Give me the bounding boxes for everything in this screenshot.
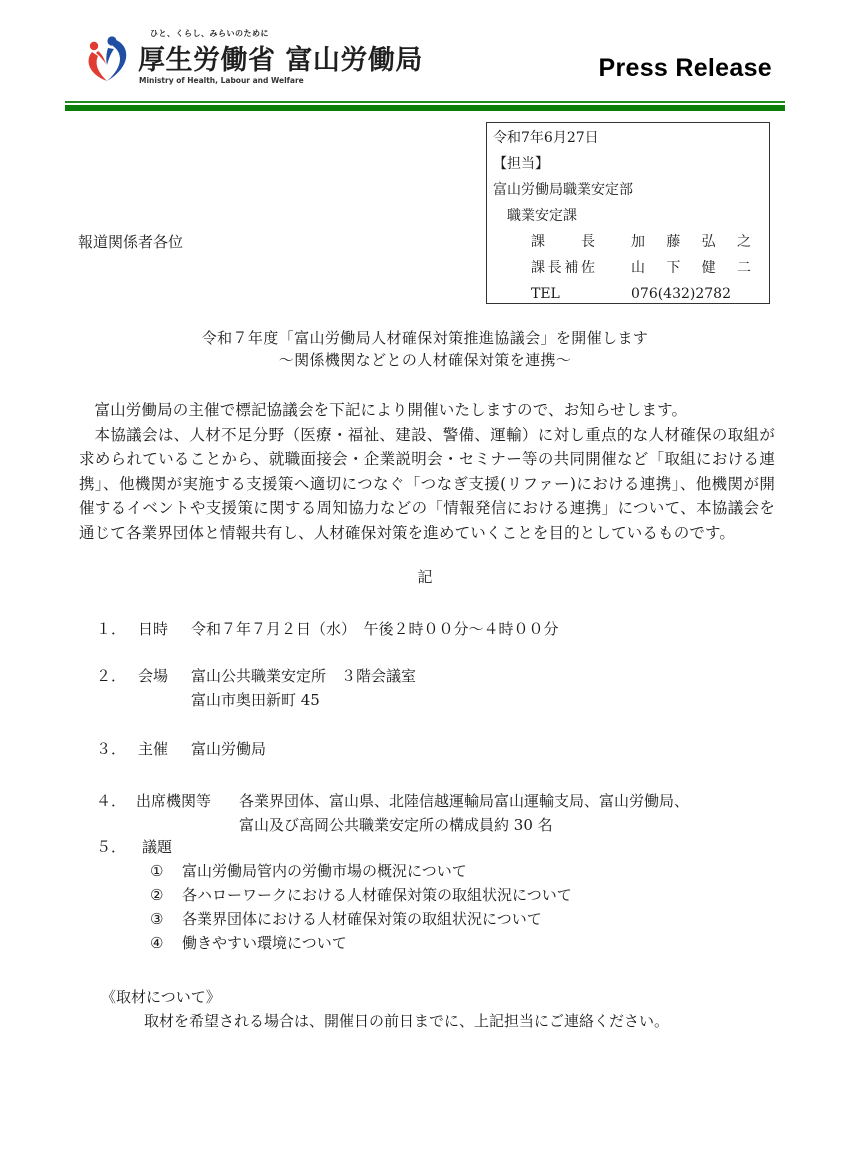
contact-staff-row: 課長 加藤弘之 xyxy=(493,229,769,255)
ki-label: 記 xyxy=(0,566,850,587)
item-venue: ２． 会場 富山公共職業安定所 ３階会議室 富山市奥田新町 45 xyxy=(96,664,796,712)
item-value-address: 富山市奥田新町 45 xyxy=(191,688,320,712)
item-label: 日時 xyxy=(138,617,168,641)
contact-tel-row: TEL 076(432)2782 xyxy=(493,281,769,307)
logo-title: 厚生労働省 富山労働局 xyxy=(138,38,423,77)
item-value: 各業界団体、富山県、北陸信越運輸局富山運輸支局、富山労働局、 xyxy=(239,789,689,813)
item-agenda: ５． 議題 xyxy=(96,835,796,859)
item-number: ３． xyxy=(96,737,126,761)
title-main: 令和７年度「富山労働局人材確保対策推進協議会」を開催します xyxy=(0,327,850,349)
coverage-text: 取材を希望される場合は、開催日の前日までに、上記担当にご連絡ください。 xyxy=(144,1010,669,1031)
title-sub: ～関係機関などとの人材確保対策を連携～ xyxy=(0,349,850,371)
body-text: 富山労働局の主催で標記協議会を下記により開催いたしますので、お知らせします。 本… xyxy=(79,398,775,545)
press-release-label: Press Release xyxy=(599,54,772,83)
header-rule-thin xyxy=(65,101,785,103)
agenda-marker: ① xyxy=(150,859,163,883)
item-number: ２． xyxy=(96,664,126,688)
header-rule-thick xyxy=(65,105,785,111)
agenda-text: 富山労働局管内の労働市場の概況について xyxy=(182,859,467,883)
item-label: 主催 xyxy=(138,737,168,761)
agenda-text: 各ハローワークにおける人材確保対策の取組状況について xyxy=(182,883,572,907)
item-value: 富山労働局 xyxy=(191,737,266,761)
agenda-item: ④ 働きやすい環境について xyxy=(150,931,750,955)
document-title: 令和７年度「富山労働局人材確保対策推進協議会」を開催します ～関係機関などとの人… xyxy=(0,327,850,371)
agenda-text: 働きやすい環境について xyxy=(182,931,347,955)
contact-section: 職業安定課 xyxy=(493,203,769,229)
item-number: １． xyxy=(96,617,126,641)
item-value-cont: 富山及び高岡公共職業安定所の構成員約 30 名 xyxy=(239,813,553,837)
contact-box: 令和7年6月27日 【担当】 富山労働局職業安定部 職業安定課 課長 加藤弘之 … xyxy=(486,122,770,304)
agenda-marker: ③ xyxy=(150,907,163,931)
tel-label: TEL xyxy=(531,281,577,307)
item-number: ４． xyxy=(96,789,126,813)
release-date: 令和7年6月27日 xyxy=(493,125,769,151)
item-attendees: ４． 出席機関等 各業界団体、富山県、北陸信越運輸局富山運輸支局、富山労働局、 … xyxy=(96,789,796,837)
item-label: 議題 xyxy=(142,835,172,859)
contact-staff-row: 課長補佐 山下健二 xyxy=(493,255,769,281)
item-organizer: ３． 主催 富山労働局 xyxy=(96,737,796,761)
staff-name: 加藤弘之 xyxy=(631,229,751,255)
contact-heading: 【担当】 xyxy=(493,151,769,177)
item-datetime: １． 日時 令和７年７月２日（水） 午後２時００分～４時００分 xyxy=(96,617,796,641)
staff-role: 課長補佐 xyxy=(531,255,595,281)
staff-role: 課長 xyxy=(531,229,595,255)
body-paragraph-1: 富山労働局の主催で標記協議会を下記により開催いたしますので、お知らせします。 xyxy=(79,398,775,423)
item-value: 富山公共職業安定所 ３階会議室 xyxy=(191,664,416,688)
ministry-heart-logo-icon xyxy=(82,34,132,84)
item-value: 令和７年７月２日（水） 午後２時００分～４時００分 xyxy=(191,617,559,641)
agenda-item: ② 各ハローワークにおける人材確保対策の取組状況について xyxy=(150,883,750,907)
item-label: 会場 xyxy=(138,664,168,688)
agenda-item: ① 富山労働局管内の労働市場の概況について xyxy=(150,859,750,883)
agenda-text: 各業界団体における人材確保対策の取組状況について xyxy=(182,907,542,931)
staff-name: 山下健二 xyxy=(631,255,751,281)
agenda-item: ③ 各業界団体における人材確保対策の取組状況について xyxy=(150,907,750,931)
agenda-marker: ② xyxy=(150,883,163,907)
contact-department: 富山労働局職業安定部 xyxy=(493,177,769,203)
agenda-marker: ④ xyxy=(150,931,163,955)
addressee: 報道関係者各位 xyxy=(78,231,183,252)
tel-value: 076(432)2782 xyxy=(631,281,731,307)
coverage-heading: 《取材について》 xyxy=(101,986,221,1007)
item-label: 出席機関等 xyxy=(136,789,211,813)
logo-english-name: Ministry of Health, Labour and Welfare xyxy=(139,76,304,85)
ministry-logo: ひと、くらし、みらいのために 厚生労働省 富山労働局 Ministry of H… xyxy=(82,26,422,90)
item-number: ５． xyxy=(96,835,126,859)
body-paragraph-2: 本協議会は、人材不足分野（医療・福祉、建設、警備、運輸）に対し重点的な人材確保の… xyxy=(79,423,775,546)
